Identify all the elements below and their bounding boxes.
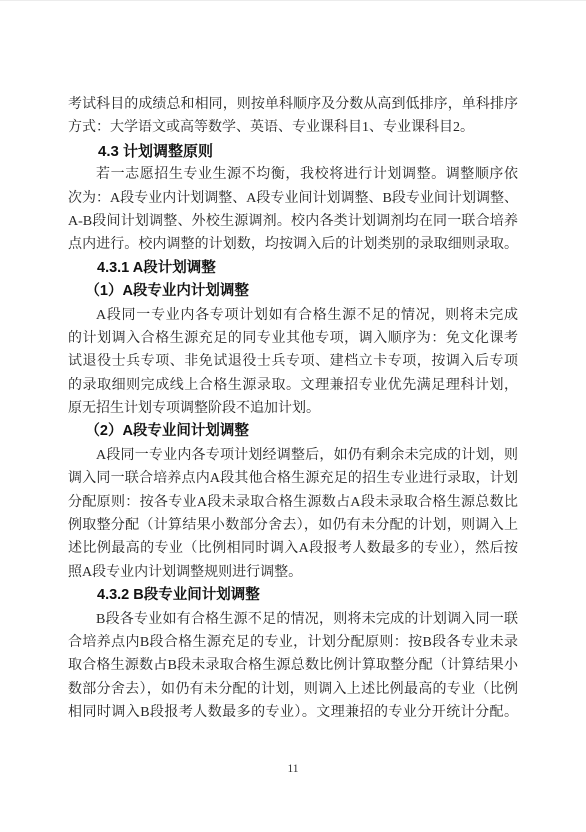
body-line: A段同一专业内各专项计划经调整后，如仍有剩余未完成的计划，则 [68,444,518,467]
body-line: 述比例最高的专业（比例相同时调入A段报考人数最多的专业），然后按 [68,537,518,560]
heading-4-3: 4.3 计划调整原则 [68,140,518,163]
body-line: 次为：A段专业内计划调整、A段专业间计划调整、B段专业间计划调整、 [68,187,518,210]
body-line: 考试科目的成绩总和相同，则按单科顺序及分数从高到低排序，单科排序 [68,93,518,116]
body-line: 相同时调入B段报考人数最多的专业）。文理兼招的专业分开统计分配。 [68,701,518,724]
body-line: A-B段间计划调整、外校生源调剂。校内各类计划调剂均在同一联合培养 [68,210,518,233]
body-line: 照A段专业内计划调整规则进行调整。 [68,561,518,584]
body-line: 例取整分配（计算结果小数部分舍去），如仍有未分配的计划，则调入上 [68,514,518,537]
body-line: 调入同一联合培养点内A段其他合格生源充足的招生专业进行录取，计划 [68,467,518,490]
subheading-2: （2）A段专业间计划调整 [68,420,518,443]
body-line: 取合格生源数占B段未录取合格生源总数比例计算取整分配（计算结果小 [68,654,518,677]
heading-4-3-1: 4.3.1 A段计划调整 [68,257,518,280]
body-line: 合培养点内B段合格生源充足的专业，计划分配原则：按B段各专业未录 [68,631,518,654]
body-line: 分配原则：按各专业A段未录取合格生源数占A段未录取合格生源总数比 [68,491,518,514]
body-line: 试退役士兵专项、非免试退役士兵专项、建档立卡专项，按调入后专项 [68,350,518,373]
body-line: 点内进行。校内调整的计划数，均按调入后的计划类别的录取细则录取。 [68,233,518,256]
body-line: 原无招生计划专项调整阶段不追加计划。 [68,397,518,420]
body-line: 的计划调入合格生源充足的同专业其他专项，调入顺序为：免文化课考 [68,327,518,350]
heading-4-3-2: 4.3.2 B段专业间计划调整 [68,584,518,607]
body-line: 若一志愿招生专业生源不均衡，我校将进行计划调整。调整顺序依 [68,163,518,186]
body-line: B段各专业如有合格生源不足的情况，则将未完成的计划调入同一联 [68,608,518,631]
body-line: 的录取细则完成线上合格生源录取。文理兼招专业优先满足理科计划， [68,374,518,397]
body-line: A段同一专业内各专项计划如有合格生源不足的情况，则将未完成 [68,304,518,327]
subheading-1: （1）A段专业内计划调整 [68,280,518,303]
body-line: 方式：大学语文或高等数学、英语、专业课科目1、专业课科目2。 [68,116,518,139]
body-line: 数部分舍去），如仍有未分配的计划，则调入上述比例最高的专业（比例 [68,678,518,701]
document-body: 考试科目的成绩总和相同，则按单科顺序及分数从高到低排序，单科排序 方式：大学语文… [68,93,518,725]
page-number: 11 [0,763,586,775]
document-page: 考试科目的成绩总和相同，则按单科顺序及分数从高到低排序，单科排序 方式：大学语文… [0,0,586,832]
